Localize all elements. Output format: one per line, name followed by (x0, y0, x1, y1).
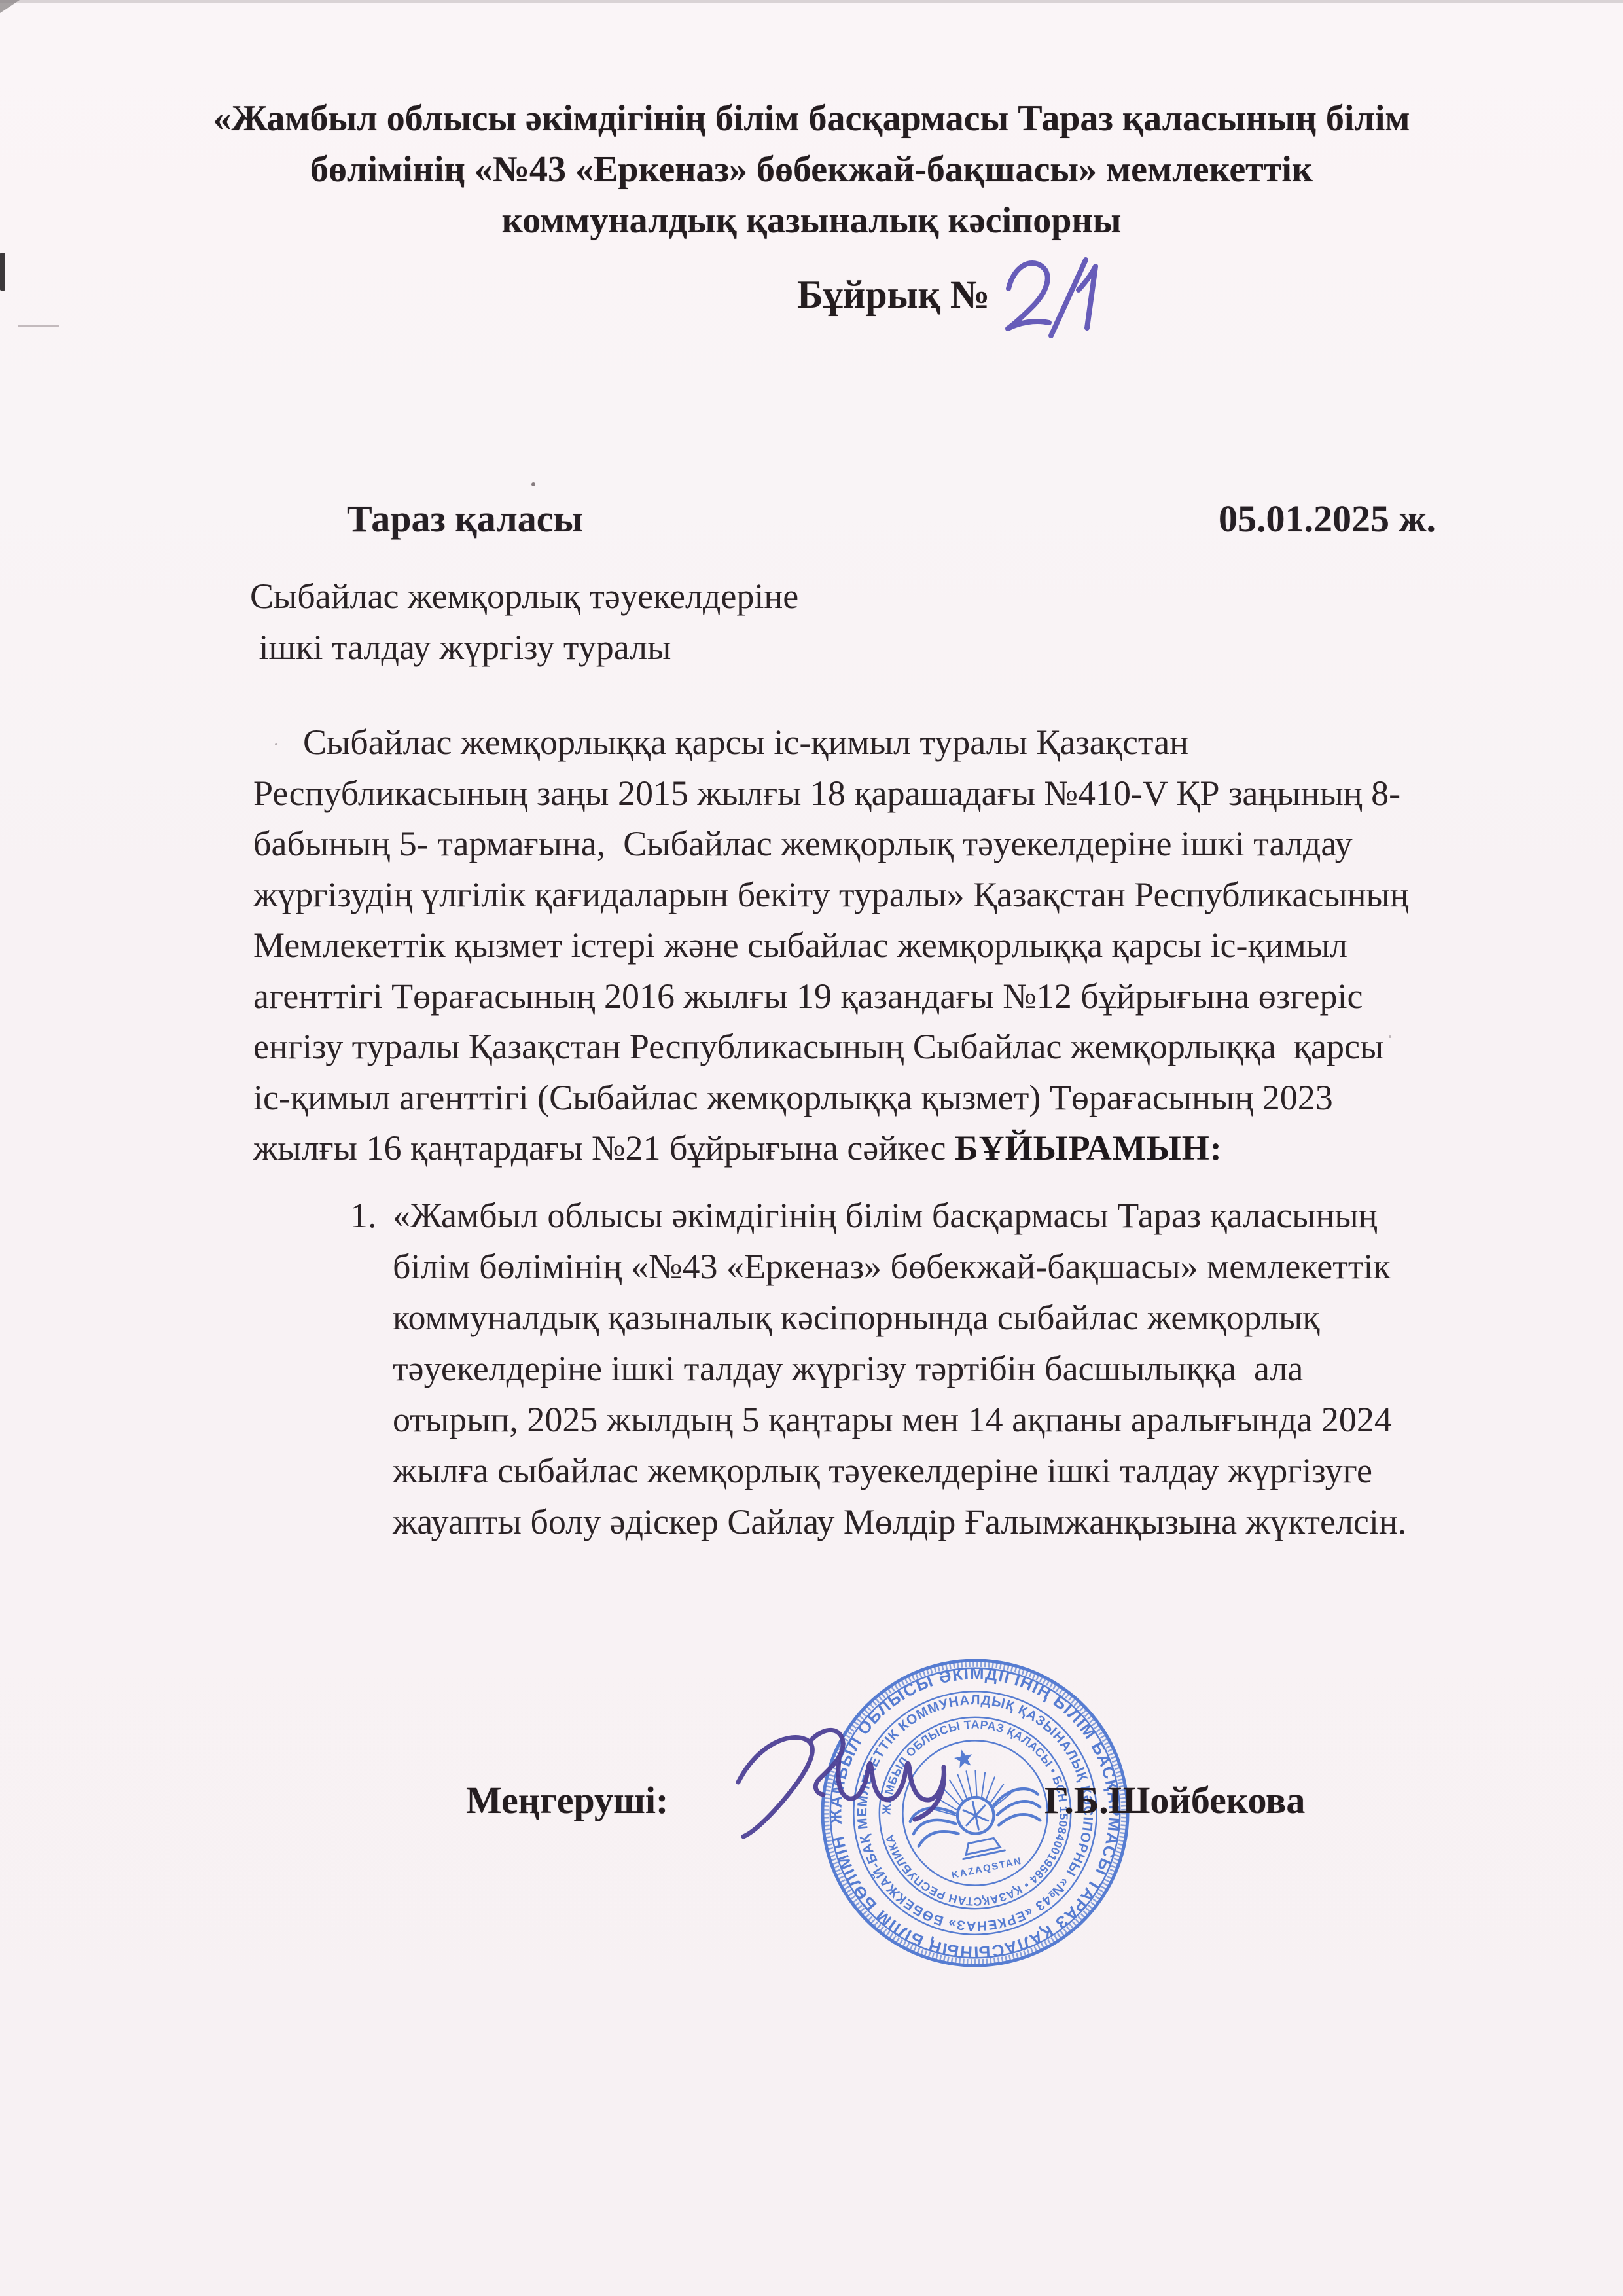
scan-edge-mark (0, 253, 5, 291)
scan-speck (523, 520, 526, 524)
city-label: Тараз қаласы (347, 500, 583, 538)
order-item-line: коммуналдық қазыналық кәсіпорнында сыбай… (350, 1292, 1430, 1343)
scan-scratch (18, 325, 59, 327)
title-line-3: коммуналдық қазыналық кәсіпорны (0, 195, 1623, 246)
scan-speck (1389, 1035, 1391, 1038)
order-item-line: жылға сыбайлас жемқорлық тәуекелдеріне і… (350, 1445, 1430, 1496)
body-paragraph: Сыбайлас жемқорлыққа қарсы іс-қимыл тура… (253, 717, 1536, 1174)
title-line-2: бөлімінің «№43 «Еркеназ» бөбекжай-бақшас… (0, 144, 1623, 195)
subject-line-1: Сыбайлас жемқорлық тәуекелдеріне (250, 571, 798, 622)
scanned-document-page: «Жамбыл облысы әкімдігінің білім басқарм… (0, 0, 1623, 2296)
body-line: Мемлекеттік қызмет істері және сыбайлас … (253, 920, 1536, 971)
order-item-line: «Жамбыл облысы әкімдігінің білім басқарм… (393, 1190, 1378, 1241)
stamp-center-caption: KAZAQSTAN (951, 1856, 1023, 1881)
signature-name: Г.Б.Шойбекова (1044, 1782, 1305, 1820)
list-number: 1. (350, 1190, 393, 1241)
order-item-line: білім бөлімінің «№43 «Еркеназ» бөбекжай-… (350, 1241, 1430, 1292)
signature-title: Меңгеруші: (466, 1782, 668, 1820)
scan-corner-mark (0, 0, 20, 13)
body-line: Республикасының заңы 2015 жылғы 18 қараш… (253, 768, 1536, 819)
stamp-emblem-kazakhstan: KAZAQSTAN (898, 1736, 1052, 1888)
body-line: агенттігі Төрағасының 2016 жылғы 19 қаза… (253, 971, 1536, 1022)
body-line: жүргізудің үлгілік қағидаларын бекіту ту… (253, 870, 1536, 921)
body-line: іс-қимыл агенттігі (Сыбайлас жемқорлыққа… (253, 1073, 1536, 1124)
document-title: «Жамбыл облысы әкімдігінің білім басқарм… (0, 93, 1623, 246)
order-label: Бұйрық № (797, 275, 990, 314)
title-line-1: «Жамбыл облысы әкімдігінің білім басқарм… (0, 93, 1623, 144)
date-label: 05.01.2025 ж. (1219, 500, 1436, 538)
scan-speck (275, 743, 277, 745)
body-line: бабының 5- тармағына, Сыбайлас жемқорлық… (253, 819, 1536, 870)
scan-speck (531, 482, 535, 486)
subject-line-2: ішкі талдау жүргізу туралы (250, 622, 798, 673)
order-item-1: 1. «Жамбыл облысы әкімдігінің білім басқ… (350, 1190, 1430, 1547)
subject-block: Сыбайлас жемқорлық тәуекелдеріне ішкі та… (250, 571, 798, 673)
resolution-keyword: БҰЙЫРАМЫН: (955, 1128, 1222, 1168)
body-line: Сыбайлас жемқорлыққа қарсы іс-қимыл тура… (253, 717, 1536, 768)
handwritten-order-number (1008, 260, 1096, 336)
order-item-line: жауапты болу әдіскер Сайлау Мөлдір Ғалым… (350, 1496, 1430, 1547)
order-item-line: тәуекелдеріне ішкі талдау жүргізу тәртіб… (350, 1343, 1430, 1394)
body-line-9-prefix: жылғы 16 қаңтардағы №21 бұйрығына сәйкес (253, 1128, 955, 1168)
body-line: енгізу туралы Қазақстан Республикасының … (253, 1022, 1536, 1073)
order-item-line: отырып, 2025 жылдың 5 қаңтары мен 14 ақп… (350, 1394, 1430, 1445)
scan-edge-top (0, 0, 1623, 3)
body-line-resolution: жылғы 16 қаңтардағы №21 бұйрығына сәйкес… (253, 1123, 1536, 1174)
